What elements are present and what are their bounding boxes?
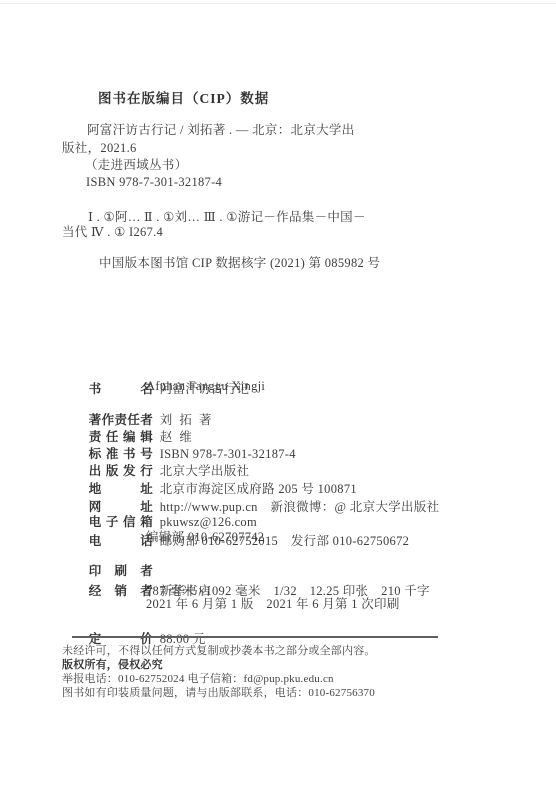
page-top-edge-line: [0, 3, 556, 4]
cip-series-title: （走进西域丛书）: [85, 157, 187, 174]
footer-divider-rule: [72, 636, 438, 638]
no-copy-notice: 未经许可，不得以任何方式复制或抄袭本书之部分或全部内容。: [62, 644, 376, 659]
distributor-label: 经销者: [89, 583, 153, 600]
cip-heading: 图书在版编目（CIP）数据: [98, 90, 269, 107]
cip-description-line-2: 版社，2021.6: [62, 140, 137, 157]
cip-isbn: ISBN 978-7-301-32187-4: [86, 174, 222, 191]
edition-printing-line: 2021 年 6 月第 1 版 2021 年 6 月第 1 次印刷: [146, 596, 400, 613]
cip-record-number: 中国版本图书馆 CIP 数据核字 (2021) 第 085982 号: [99, 255, 380, 272]
print-quality-contact-line: 图书如有印装质量问题，请与出版部联系，电话：010-62756370: [62, 686, 375, 701]
book-title-pinyin: Afuhan Fanggu Xingji: [146, 378, 265, 395]
report-contact-line: 举报电话：010-62752024 电子信箱：fd@pup.pku.edu.cn: [62, 672, 334, 687]
cip-classification-line-2: 当代 Ⅳ . ① I267.4: [62, 224, 163, 241]
cip-description-line-1: 阿富汗访古行记 / 刘拓著 . — 北京：北京大学出: [87, 122, 355, 139]
copyright-reserved-notice: 版权所有，侵权必究: [62, 658, 163, 673]
phone-line-2: 编辑部 010-62707742: [146, 529, 264, 546]
book-copyright-page: 图书在版编目（CIP）数据 阿富汗访古行记 / 刘拓著 . — 北京：北京大学出…: [0, 0, 556, 800]
